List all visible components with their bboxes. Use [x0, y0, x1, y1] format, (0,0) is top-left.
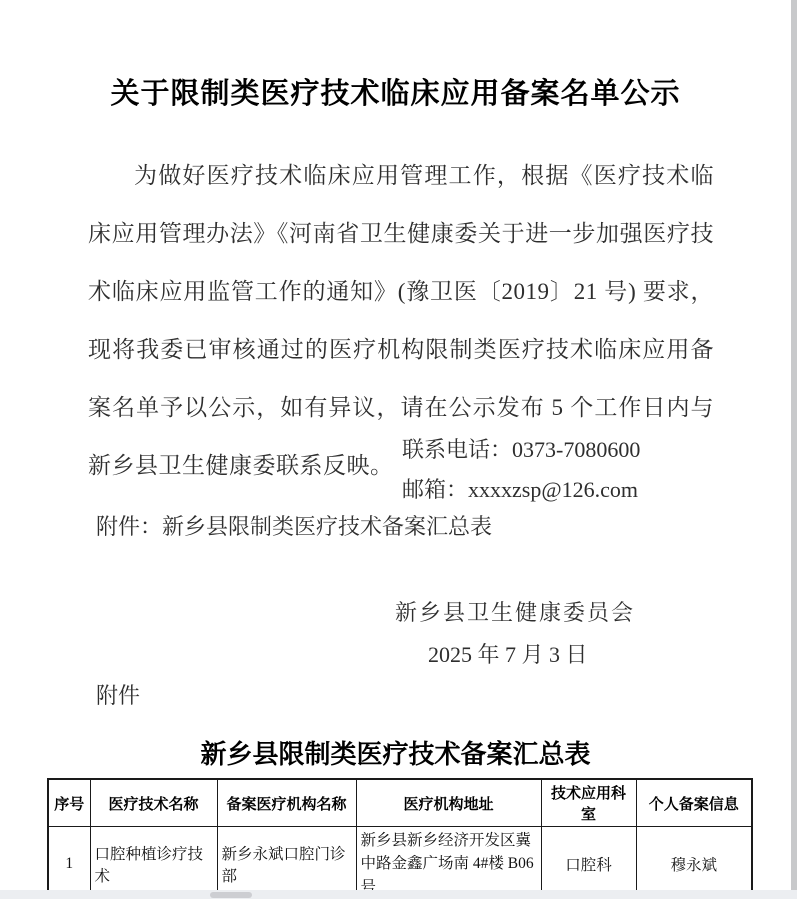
header-address: 医疗机构地址 [356, 779, 541, 827]
table-title: 新乡县限制类医疗技术备案汇总表 [0, 734, 791, 771]
table-row: 1 口腔种植诊疗技术 新乡永斌口腔门诊部 新乡县新乡经济开发区冀中路金鑫广场南 … [48, 827, 752, 899]
table-header-row: 序号 医疗技术名称 备案医疗机构名称 医疗机构地址 技术应用科室 个人备案信息 [48, 779, 752, 827]
vertical-scrollbar[interactable] [791, 0, 797, 891]
attachment-reference-line: 附件：新乡县限制类医疗技术备案汇总表 [96, 510, 492, 541]
attachment-reference-title: 新乡县限制类医疗技术备案汇总表 [162, 514, 492, 539]
contact-phone-line: 联系电话：0373-7080600 [402, 433, 640, 464]
header-institution: 备案医疗机构名称 [217, 779, 356, 827]
header-index: 序号 [48, 779, 90, 827]
signature-organization: 新乡县卫生健康委员会 [395, 596, 635, 627]
cell-technology: 口腔种植诊疗技术 [90, 827, 217, 899]
cell-department: 口腔科 [541, 827, 636, 899]
header-technology: 医疗技术名称 [90, 779, 217, 827]
contact-phone-label: 联系电话： [402, 437, 512, 462]
contact-email-line: 邮箱：xxxxzsp@126.com [402, 473, 638, 504]
header-department: 技术应用科室 [541, 779, 636, 827]
attachment-reference-label: 附件： [96, 514, 162, 539]
contact-email-label: 邮箱： [402, 477, 468, 502]
cell-index: 1 [48, 827, 90, 899]
contact-email-value: xxxxzsp@126.com [468, 477, 638, 502]
horizontal-scrollbar-track[interactable] [0, 890, 797, 899]
cell-personal-record: 穆永斌 [636, 827, 752, 899]
contact-phone-value: 0373-7080600 [512, 437, 640, 462]
signature-date: 2025 年 7 月 3 日 [428, 638, 588, 669]
attachment-marker: 附件 [96, 679, 140, 710]
document-title: 关于限制类医疗技术临床应用备案名单公示 [0, 71, 791, 112]
cell-institution: 新乡永斌口腔门诊部 [217, 827, 356, 899]
cell-address: 新乡县新乡经济开发区冀中路金鑫广场南 4#楼 B06 号 [356, 827, 541, 899]
record-summary-table: 序号 医疗技术名称 备案医疗机构名称 医疗机构地址 技术应用科室 个人备案信息 … [47, 778, 753, 899]
document-page: 关于限制类医疗技术临床应用备案名单公示 为做好医疗技术临床应用管理工作，根据《医… [0, 0, 797, 899]
header-personal-record: 个人备案信息 [636, 779, 752, 827]
horizontal-scrollbar-thumb[interactable] [210, 892, 252, 898]
